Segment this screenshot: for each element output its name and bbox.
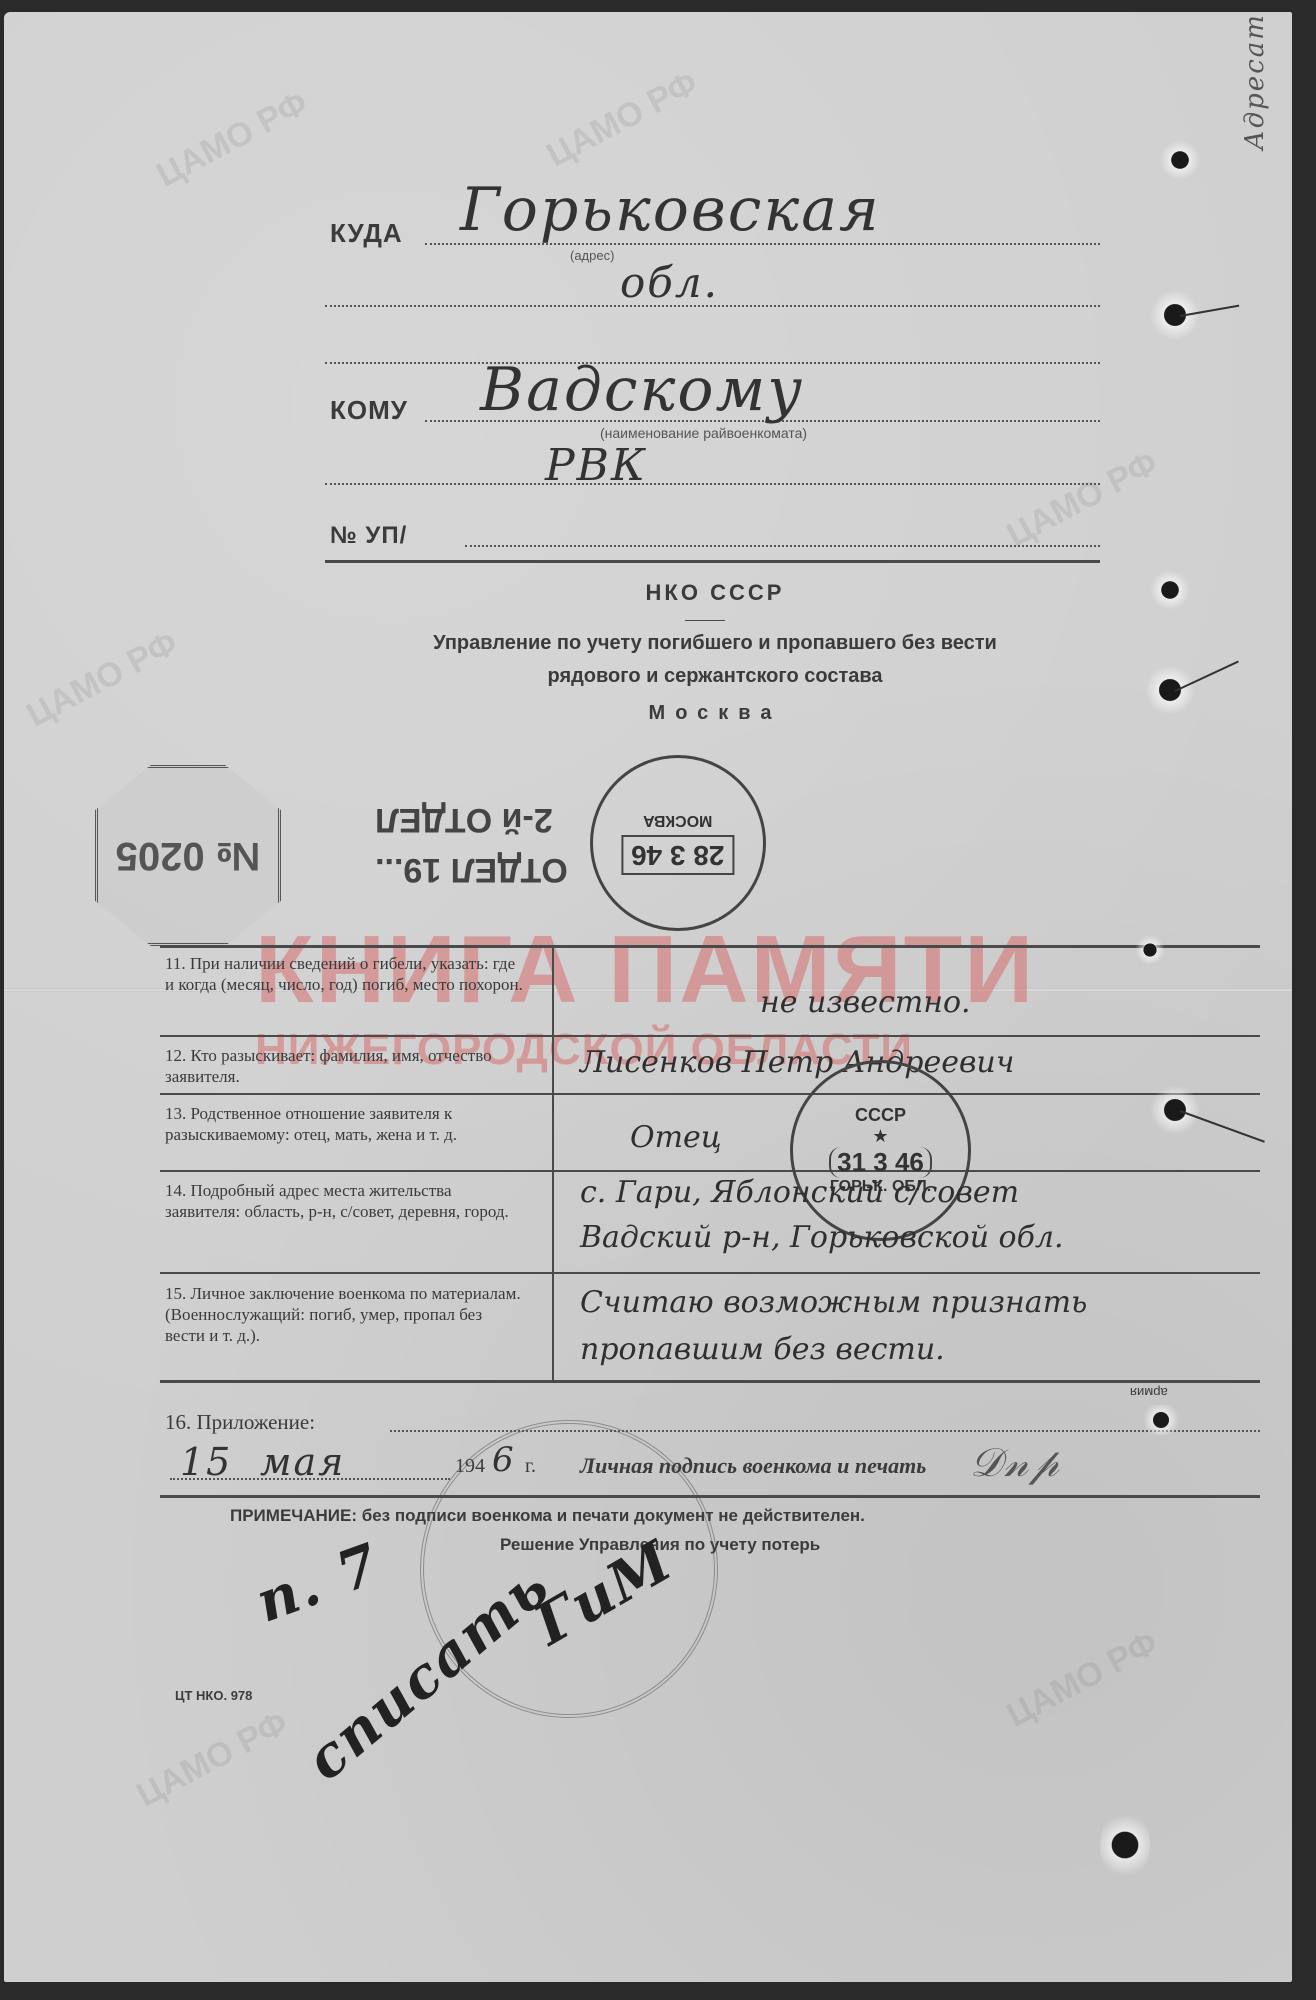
punch-hole — [1135, 935, 1165, 965]
punch-hole — [1145, 665, 1195, 715]
header-separator — [325, 560, 1100, 563]
punch-hole — [1100, 1810, 1150, 1880]
side-note: Адресат — [1240, 13, 1270, 150]
star-icon: ★ — [829, 1126, 932, 1147]
row-14-label: 14. Подробный адрес места жительства зая… — [165, 1180, 525, 1222]
commissar-signature: 𝒟𝓃𝓅 — [970, 1440, 1061, 1486]
torn-corner-text: армия — [1130, 1385, 1168, 1400]
row-12-label: 12. Кто разыскивает: фамилия, имя, отчес… — [165, 1045, 525, 1087]
row-11-number: 11. — [165, 954, 186, 973]
row-15-value-line2: пропавшим без вести. — [580, 1332, 945, 1367]
whom-value-line1: Вадскому — [480, 355, 804, 425]
vad-postmark-country: СССР — [829, 1105, 932, 1126]
org-title: НКО СССР — [330, 580, 1100, 606]
title-rule — [685, 620, 725, 621]
row-13-value: Отец — [630, 1120, 722, 1155]
footer-rule — [160, 1495, 1260, 1498]
rect-stamp-line1: 2-й ОТДЕЛ — [375, 800, 553, 839]
row-13-number: 13. — [165, 1104, 186, 1123]
row-15-number: 15. — [165, 1284, 186, 1303]
octagon-stamp-text: № 0205 — [98, 768, 278, 943]
row-14-value-line1: с. Гари, Яблонский с/совет — [580, 1175, 1019, 1210]
row-13-text: Родственное отношение заявителя к разыск… — [165, 1104, 457, 1144]
attachment-label: 16. Приложение: — [165, 1410, 315, 1435]
whom-caption: (наименование райвоенкомата) — [600, 425, 807, 441]
row-12-value: Лисенков Петр Андреевич — [580, 1045, 1014, 1080]
moscow-postmark-city: МОСКВА — [621, 811, 734, 829]
to-value-line1: Горьковская — [460, 175, 881, 245]
table-top-border — [160, 945, 1260, 948]
number-label: № УП/ — [330, 522, 407, 550]
to-value-line2: обл. — [620, 258, 719, 307]
row-15-value-line1: Считаю возможным признать — [580, 1285, 1087, 1320]
to-label: КУДА — [330, 218, 403, 249]
to-line-2 — [325, 305, 1100, 307]
row-divider — [160, 1093, 1260, 1095]
vad-postmark: СССР ★ 31 3 46 ГОРЬК. ОБЛ. — [790, 1060, 971, 1241]
vad-postmark-date: 31 3 46 — [829, 1147, 932, 1178]
row-14-number: 14. — [165, 1181, 186, 1200]
number-line — [465, 545, 1100, 547]
row-15-label: 15. Личное заключение военкома по матери… — [165, 1283, 525, 1346]
postal-octagon-stamp: № 0205 — [95, 765, 281, 946]
row-11-text: При наличии сведений о гибели, указать: … — [165, 954, 523, 994]
row-divider — [160, 1170, 1260, 1172]
moscow-postmark-date: 28 3 46 — [621, 835, 734, 875]
to-caption: (адрес) — [570, 248, 614, 263]
city: Москва — [330, 702, 1100, 725]
row-14-text: Подробный адрес места жительства заявите… — [165, 1181, 509, 1221]
punch-hole — [1150, 1085, 1200, 1135]
punch-hole — [1140, 1405, 1182, 1435]
row-divider — [160, 1272, 1260, 1274]
row-11-value: не известно. — [760, 985, 971, 1020]
whom-line-2 — [325, 483, 1100, 485]
row-15-text: Личное заключение военкома по материалам… — [165, 1284, 521, 1345]
rect-stamp-line2: ОТДЕЛ 19... — [375, 850, 568, 889]
row-13-label: 13. Родственное отношение заявителя к ра… — [165, 1103, 525, 1145]
department-title: Управление по учету погибшего и пропавше… — [320, 632, 1110, 655]
row-11-label: 11. При наличии сведений о гибели, указа… — [165, 953, 525, 995]
row-14-value-line2: Вадский р-н, Горьковской обл. — [580, 1220, 1064, 1255]
table-bottom-border — [160, 1380, 1260, 1383]
row-12-text: Кто разыскивает: фамилия, имя, отчество … — [165, 1046, 492, 1086]
punch-hole — [1150, 290, 1200, 340]
row-divider — [160, 1035, 1260, 1037]
punch-hole — [1160, 140, 1200, 180]
punch-hole — [1150, 570, 1190, 610]
table-column-divider — [552, 945, 554, 1380]
print-code: ЦТ НКО. 978 — [175, 1688, 252, 1703]
moscow-postmark: 28 3 46 МОСКВА — [590, 755, 766, 931]
row-12-number: 12. — [165, 1046, 186, 1065]
whom-label: КОМУ — [330, 395, 408, 426]
department-title-line2: рядового и сержантского состава — [320, 665, 1110, 688]
date-line — [170, 1478, 450, 1480]
